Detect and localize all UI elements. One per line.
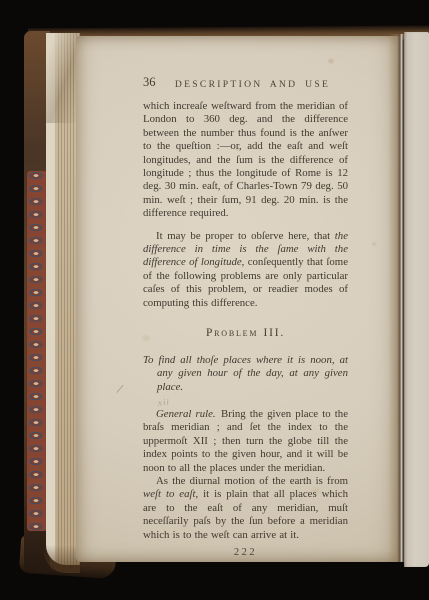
problem-statement: To find all thoſe places where it is noo…	[143, 354, 348, 395]
paragraph-observation: It may be proper to obſerve here, that t…	[143, 230, 348, 310]
facing-page-sliver	[404, 32, 429, 567]
book-page: 36 DESCRIPTION AND USE which increaſe we…	[76, 36, 402, 562]
paragraph-longitude-rule: which increaſe weſtward from the meridia…	[143, 100, 348, 221]
gutter-shadow	[388, 34, 406, 562]
page-number: 36	[143, 76, 156, 89]
pencil-scribble-mark: xii	[157, 395, 170, 410]
footer-number: 222	[143, 546, 348, 559]
problem-heading: Problem III.	[143, 327, 348, 340]
marbled-paper-edge	[27, 171, 47, 531]
page-edges-stack	[46, 33, 80, 565]
paragraph-diurnal-motion: As the diurnal motion of the earth is fr…	[143, 475, 348, 542]
printed-text-block: 36 DESCRIPTION AND USE which increaſe we…	[76, 36, 402, 562]
pencil-margin-mark: /	[117, 382, 123, 396]
paragraph-general-rule: General rule. Bring the given place to t…	[143, 408, 348, 475]
running-header: 36 DESCRIPTION AND USE	[143, 78, 348, 91]
running-header-title: DESCRIPTION AND USE	[143, 78, 348, 91]
